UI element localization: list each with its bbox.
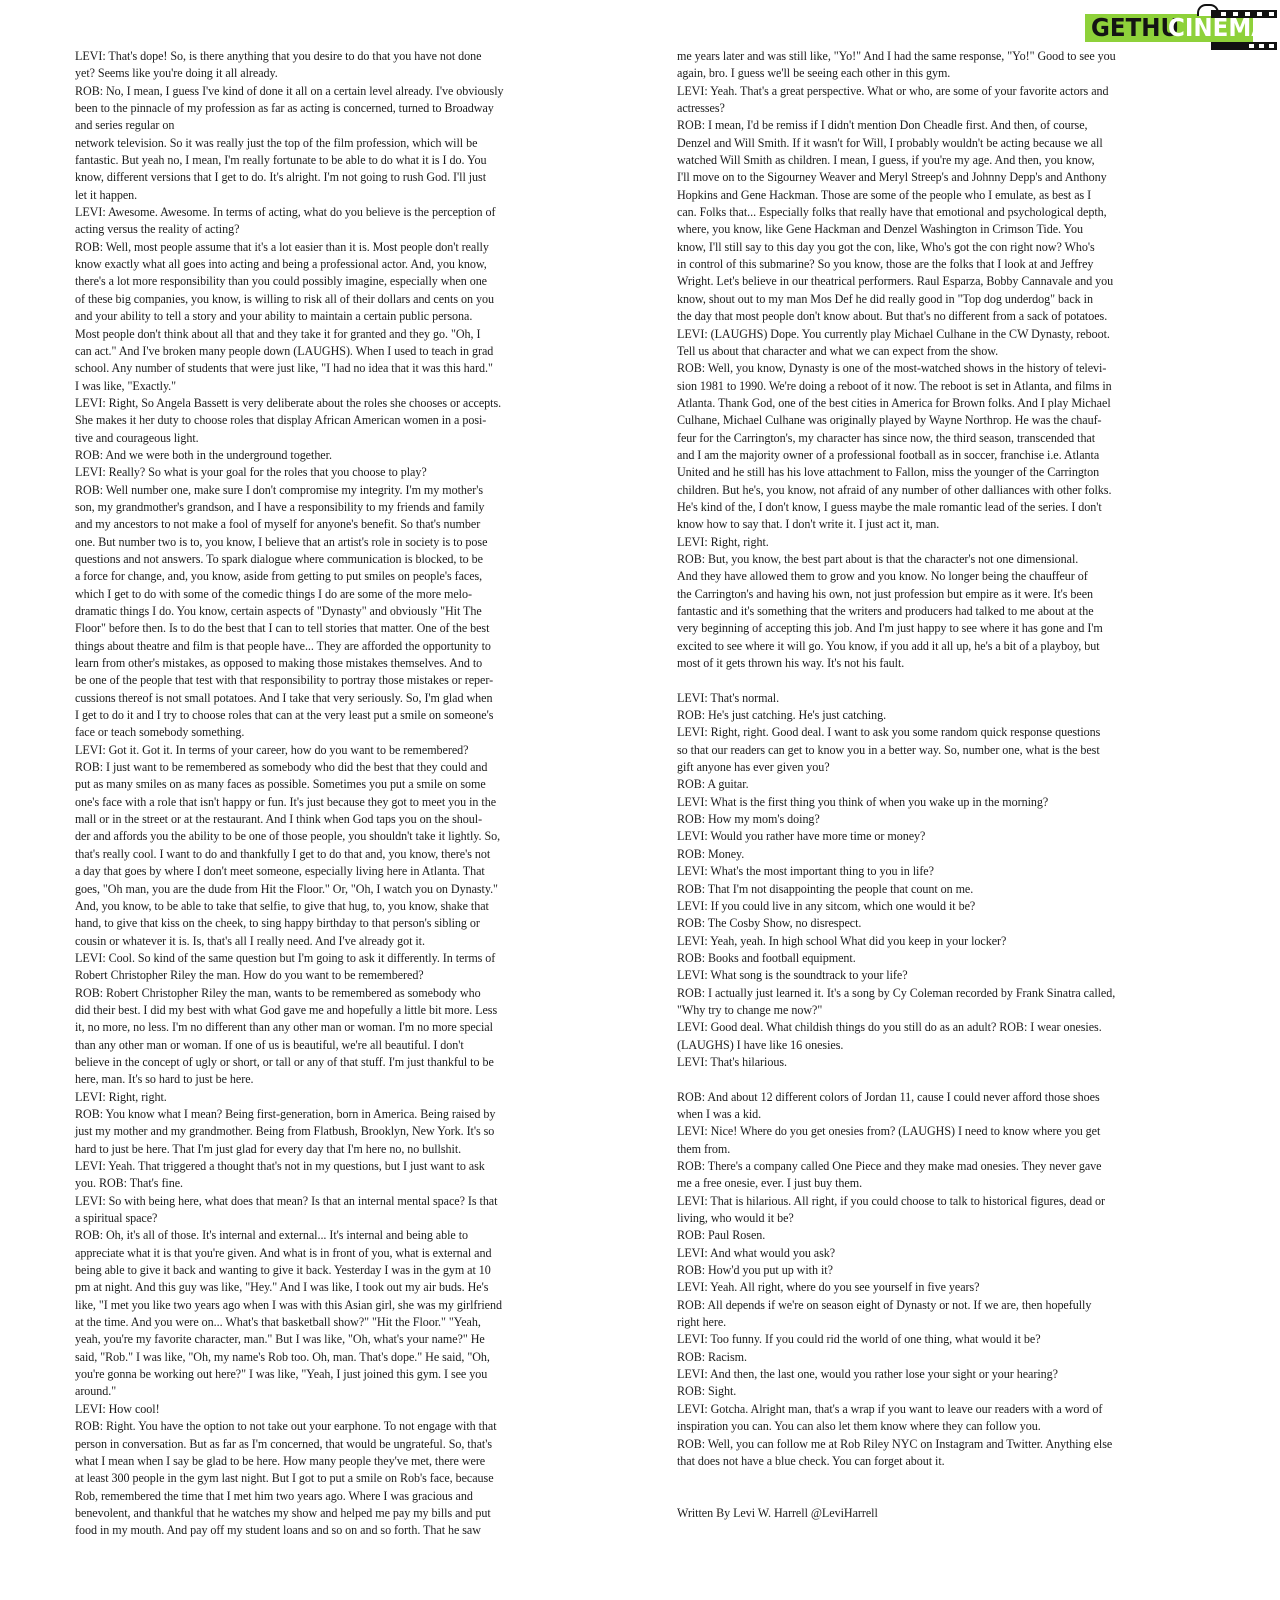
text-line: acting versus the reality of acting? <box>75 221 585 238</box>
text-line: ROB: Money. <box>677 846 1187 863</box>
text-line: face or teach somebody something. <box>75 724 585 741</box>
text-line: LEVI: (LAUGHS) Dope. You currently play … <box>677 326 1187 343</box>
text-line: you. ROB: That's fine. <box>75 1175 585 1192</box>
text-line: LEVI: How cool! <box>75 1401 585 1418</box>
text-line: ROB: And we were both in the underground… <box>75 447 585 464</box>
text-line: right here. <box>677 1314 1187 1331</box>
text-line: I was like, "Exactly." <box>75 378 585 395</box>
text-line: LEVI: That's normal. <box>677 690 1187 707</box>
text-line: ROB: And about 12 different colors of Jo… <box>677 1089 1187 1106</box>
text-line: Rob, remembered the time that I met him … <box>75 1488 585 1505</box>
text-line: ROB: Well, you know, Dynasty is one of t… <box>677 360 1187 377</box>
text-line: again, bro. I guess we'll be seeing each… <box>677 65 1187 82</box>
text-line: food in my mouth. And pay off my student… <box>75 1522 585 1539</box>
text-line: United and he still has his love attachm… <box>677 464 1187 481</box>
text-line: yet? Seems like you're doing it all alre… <box>75 65 585 82</box>
text-line: a spiritual space? <box>75 1210 585 1227</box>
text-line: very beginning of accepting this job. An… <box>677 620 1187 637</box>
text-line: know, different versions that I get to d… <box>75 169 585 186</box>
text-line <box>677 672 1187 689</box>
text-line: watched Will Smith as children. I mean, … <box>677 152 1187 169</box>
text-line: cussions thereof is not small potatoes. … <box>75 690 585 707</box>
text-line: ROB: Books and football equipment. <box>677 950 1187 967</box>
text-line: at the time. And you were on... What's t… <box>75 1314 585 1331</box>
text-line: LEVI: What is the first thing you think … <box>677 794 1187 811</box>
text-line: them from. <box>677 1141 1187 1158</box>
text-line: which I get to do with some of the comed… <box>75 586 585 603</box>
text-line: learn from other's mistakes, as opposed … <box>75 655 585 672</box>
text-line: Most people don't think about all that a… <box>75 326 585 343</box>
text-line: LEVI: Awesome. Awesome. In terms of acti… <box>75 204 585 221</box>
text-line: LEVI: Right, So Angela Bassett is very d… <box>75 395 585 412</box>
text-line: one's face with a role that isn't happy … <box>75 794 585 811</box>
film-strip-icon <box>1211 42 1277 50</box>
text-line: yeah, you're my favorite character, man.… <box>75 1331 585 1348</box>
text-line: gift anyone has ever given you? <box>677 759 1187 776</box>
text-line: LEVI: Really? So what is your goal for t… <box>75 464 585 481</box>
text-line: just my mother and my grandmother. Being… <box>75 1123 585 1140</box>
author-byline: Written By Levi W. Harrell @LeviHarrell <box>677 1505 1187 1522</box>
text-line: a day that goes by where I don't meet so… <box>75 863 585 880</box>
watermark-logo: GETHU CINEMA <box>1085 4 1280 50</box>
text-line: ROB: Right. You have the option to not t… <box>75 1418 585 1435</box>
text-line: LEVI: That's hilarious. <box>677 1054 1187 1071</box>
text-line: person in conversation. But as far as I'… <box>75 1436 585 1453</box>
text-line: one. But number two is to, you know, I b… <box>75 534 585 551</box>
text-line: ROB: But, you know, the best part about … <box>677 551 1187 568</box>
text-line: goes, "Oh man, you are the dude from Hit… <box>75 881 585 898</box>
text-line: it, no more, no less. I'm no different t… <box>75 1019 585 1036</box>
text-line: said, "Rob." I was like, "Oh, my name's … <box>75 1349 585 1366</box>
text-line: hand, to give that kiss on the cheek, to… <box>75 915 585 932</box>
text-line: "Why try to change me now?" <box>677 1002 1187 1019</box>
text-line: so that our readers can get to know you … <box>677 742 1187 759</box>
text-line: LEVI: Good deal. What childish things do… <box>677 1019 1187 1036</box>
text-line: ROB: A guitar. <box>677 776 1187 793</box>
text-line: and series regular on <box>75 117 585 134</box>
text-line: ROB: Racism. <box>677 1349 1187 1366</box>
text-line: pm at night. And this guy was like, "Hey… <box>75 1279 585 1296</box>
text-line: LEVI: Yeah. That's a great perspective. … <box>677 83 1187 100</box>
text-line: LEVI: What song is the soundtrack to you… <box>677 967 1187 984</box>
text-line: appreciate what it is that you're given.… <box>75 1245 585 1262</box>
text-line: ROB: He's just catching. He's just catch… <box>677 707 1187 724</box>
text-line: questions and not answers. To spark dial… <box>75 551 585 568</box>
text-line: LEVI: That is hilarious. All right, if y… <box>677 1193 1187 1210</box>
text-line: dramatic things I do. You know, certain … <box>75 603 585 620</box>
text-line: LEVI: Yeah. That triggered a thought tha… <box>75 1158 585 1175</box>
text-line: there's a lot more responsibility than y… <box>75 273 585 290</box>
text-line: And, you know, to be able to take that s… <box>75 898 585 915</box>
text-line: der and affords you the ability to be on… <box>75 828 585 845</box>
text-line: LEVI: Right, right. <box>75 1089 585 1106</box>
text-line: LEVI: If you could live in any sitcom, w… <box>677 898 1187 915</box>
text-line: I get to do it and I try to choose roles… <box>75 707 585 724</box>
text-line: She makes it her duty to choose roles th… <box>75 412 585 429</box>
text-line: I'll move on to the Sigourney Weaver and… <box>677 169 1187 186</box>
text-line: ROB: I mean, I'd be remiss if I didn't m… <box>677 117 1187 134</box>
text-line: sion 1981 to 1990. We're doing a reboot … <box>677 378 1187 395</box>
text-line: And they have allowed them to grow and y… <box>677 568 1187 585</box>
text-line: know, shout out to my man Mos Def he did… <box>677 291 1187 308</box>
text-line: LEVI: Right, right. <box>677 534 1187 551</box>
interview-column-right-lines: me years later and was still like, "Yo!"… <box>677 48 1187 1470</box>
text-line: around." <box>75 1383 585 1400</box>
text-line: actresses? <box>677 100 1187 117</box>
text-line: Culhane, Michael Culhane was originally … <box>677 412 1187 429</box>
text-line: LEVI: Would you rather have more time or… <box>677 828 1187 845</box>
text-line: can act." And I've broken many people do… <box>75 343 585 360</box>
text-line: a force for change, and, you know, aside… <box>75 568 585 585</box>
text-line: Denzel and Will Smith. If it wasn't for … <box>677 135 1187 152</box>
interview-column-right: me years later and was still like, "Yo!"… <box>677 48 1187 1522</box>
text-line: the Carrington's and having his own, not… <box>677 586 1187 603</box>
text-line: ROB: Oh, it's all of those. It's interna… <box>75 1227 585 1244</box>
interview-column-left: LEVI: That's dope! So, is there anything… <box>75 48 585 1540</box>
text-line: LEVI: That's dope! So, is there anything… <box>75 48 585 65</box>
text-line: ROB: The Cosby Show, no disrespect. <box>677 915 1187 932</box>
text-line: here, man. It's so hard to just be here. <box>75 1071 585 1088</box>
text-line <box>677 1071 1187 1088</box>
text-line: (LAUGHS) I have like 16 onesies. <box>677 1037 1187 1054</box>
text-line: ROB: Well number one, make sure I don't … <box>75 482 585 499</box>
text-line: me a free onesie, ever. I just buy them. <box>677 1175 1187 1192</box>
text-line: Wright. Let's believe in our theatrical … <box>677 273 1187 290</box>
text-line: LEVI: Cool. So kind of the same question… <box>75 950 585 967</box>
text-line: LEVI: What's the most important thing to… <box>677 863 1187 880</box>
text-line: LEVI: Got it. Got it. In terms of your c… <box>75 742 585 759</box>
text-line: Tell us about that character and what we… <box>677 343 1187 360</box>
text-line: and your ability to tell a story and you… <box>75 308 585 325</box>
text-line: Atlanta. Thank God, one of the best citi… <box>677 395 1187 412</box>
text-line: tive and courageous light. <box>75 430 585 447</box>
logo-text-gethu: GETHU <box>1091 13 1179 43</box>
text-line: LEVI: Too funny. If you could rid the wo… <box>677 1331 1187 1348</box>
text-line: He's kind of the, I don't know, I guess … <box>677 499 1187 516</box>
text-line: ROB: Paul Rosen. <box>677 1227 1187 1244</box>
text-line: excited to see where it will go. You kno… <box>677 638 1187 655</box>
text-line: LEVI: So with being here, what does that… <box>75 1193 585 1210</box>
text-line: ROB: All depends if we're on season eigh… <box>677 1297 1187 1314</box>
text-line: and I am the majority owner of a profess… <box>677 447 1187 464</box>
text-line: what I mean when I say be glad to be her… <box>75 1453 585 1470</box>
text-line: LEVI: Yeah. All right, where do you see … <box>677 1279 1187 1296</box>
text-line: can. Folks that... Especially folks that… <box>677 204 1187 221</box>
text-line: at least 300 people in the gym last nigh… <box>75 1470 585 1487</box>
text-line: most of it gets thrown his way. It's not… <box>677 655 1187 672</box>
text-line: where, you know, like Gene Hackman and D… <box>677 221 1187 238</box>
text-line: feur for the Carrington's, my character … <box>677 430 1187 447</box>
text-line: in control of this submarine? So you kno… <box>677 256 1187 273</box>
text-line: children. But he's, you know, not afraid… <box>677 482 1187 499</box>
text-line: inspiration you can. You can also let th… <box>677 1418 1187 1435</box>
text-line: LEVI: And then, the last one, would you … <box>677 1366 1187 1383</box>
text-line: and my ancestors to not make a fool of m… <box>75 516 585 533</box>
text-line: ROB: Sight. <box>677 1383 1187 1400</box>
text-line: ROB: You know what I mean? Being first-g… <box>75 1106 585 1123</box>
text-line: ROB: Well, you can follow me at Rob Rile… <box>677 1436 1187 1453</box>
text-line: Robert Christopher Riley the man. How do… <box>75 967 585 984</box>
text-line: know, I'll still say to this day you got… <box>677 239 1187 256</box>
text-line: LEVI: Gotcha. Alright man, that's a wrap… <box>677 1401 1187 1418</box>
text-line: that's really cool. I want to do and tha… <box>75 846 585 863</box>
text-line: did their best. I did my best with what … <box>75 1002 585 1019</box>
text-line: ROB: I just want to be remembered as som… <box>75 759 585 776</box>
magazine-page: GETHU CINEMA LEVI: That's dope! So, is t… <box>0 0 1280 1600</box>
text-line: ROB: How my mom's doing? <box>677 811 1187 828</box>
text-line: of these big companies, you know, is wil… <box>75 291 585 308</box>
text-line: Hopkins and Gene Hackman. Those are some… <box>677 187 1187 204</box>
text-line: know exactly what all goes into acting a… <box>75 256 585 273</box>
text-line: that does not have a blue check. You can… <box>677 1453 1187 1470</box>
text-line: fantastic. But yeah no, I mean, I'm real… <box>75 152 585 169</box>
text-line: let it happen. <box>75 187 585 204</box>
text-line: fantastic and it's something that the wr… <box>677 603 1187 620</box>
text-line: ROB: How'd you put up with it? <box>677 1262 1187 1279</box>
text-line: LEVI: Yeah, yeah. In high school What di… <box>677 933 1187 950</box>
text-line: school. Any number of students that were… <box>75 360 585 377</box>
text-line: put as many smiles on as many faces as p… <box>75 776 585 793</box>
text-line: mall or in the street or at the restaura… <box>75 811 585 828</box>
text-line: believe in the concept of ugly or short,… <box>75 1054 585 1071</box>
text-line: Floor" before then. Is to do the best th… <box>75 620 585 637</box>
text-line: ROB: I actually just learned it. It's a … <box>677 985 1187 1002</box>
text-line: ROB: Robert Christopher Riley the man, w… <box>75 985 585 1002</box>
text-line: like, "I met you like two years ago when… <box>75 1297 585 1314</box>
text-line: LEVI: Right, right. Good deal. I want to… <box>677 724 1187 741</box>
text-line: being able to give it back and wanting t… <box>75 1262 585 1279</box>
text-line: the day that most people don't know abou… <box>677 308 1187 325</box>
text-line: when I was a kid. <box>677 1106 1187 1123</box>
text-line: hard to just be here. That I'm just glad… <box>75 1141 585 1158</box>
text-line: me years later and was still like, "Yo!"… <box>677 48 1187 65</box>
text-line: LEVI: And what would you ask? <box>677 1245 1187 1262</box>
text-line: been to the pinnacle of my profession as… <box>75 100 585 117</box>
text-line: network television. So it was really jus… <box>75 135 585 152</box>
text-line: know how to say that. I don't write it. … <box>677 516 1187 533</box>
text-line: ROB: That I'm not disappointing the peop… <box>677 881 1187 898</box>
text-line: ROB: Well, most people assume that it's … <box>75 239 585 256</box>
text-line: benevolent, and thankful that he watches… <box>75 1505 585 1522</box>
text-line: than any other man or woman. If one of u… <box>75 1037 585 1054</box>
film-strip-icon <box>1211 10 1277 18</box>
text-line: cousin or whatever it is. Is, that's all… <box>75 933 585 950</box>
text-line: living, who would it be? <box>677 1210 1187 1227</box>
text-line: things about theatre and film is that pe… <box>75 638 585 655</box>
text-line: ROB: No, I mean, I guess I've kind of do… <box>75 83 585 100</box>
text-line: ROB: There's a company called One Piece … <box>677 1158 1187 1175</box>
text-line: be one of the people that test with that… <box>75 672 585 689</box>
text-line: you're gonna be working out here?" I was… <box>75 1366 585 1383</box>
text-line: son, my grandmother's grandson, and I ha… <box>75 499 585 516</box>
text-line: LEVI: Nice! Where do you get onesies fro… <box>677 1123 1187 1140</box>
